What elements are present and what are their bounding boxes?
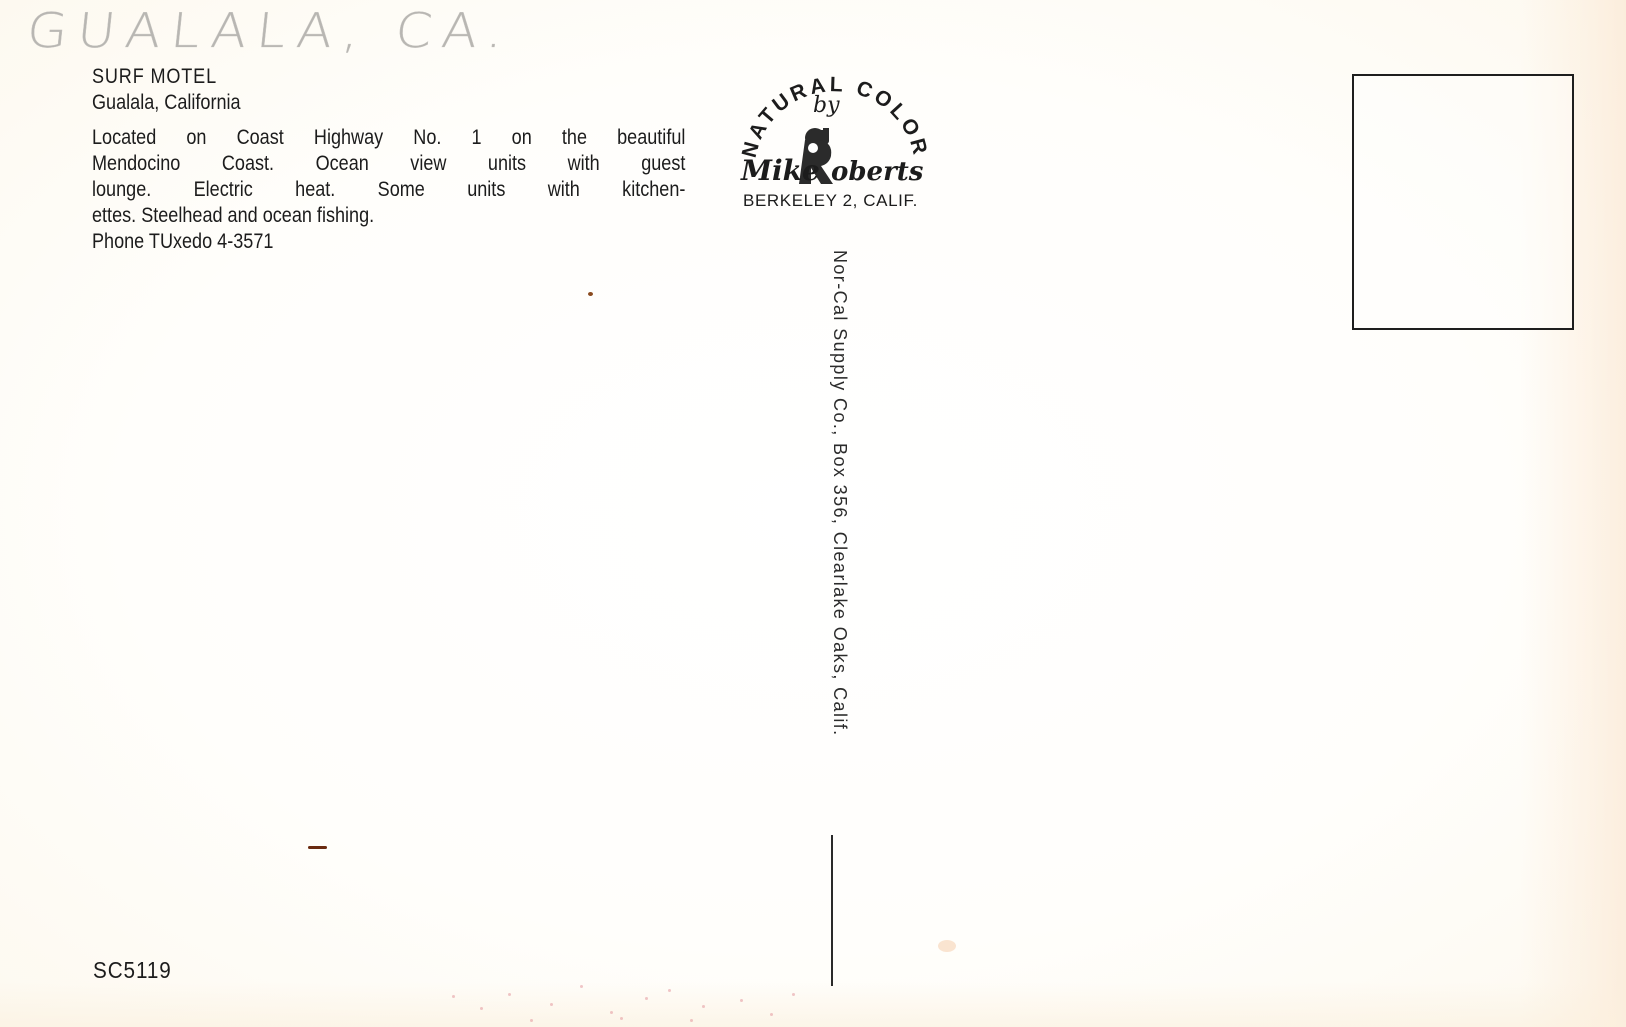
motel-description: Located on Coast Highway No. 1 on the be… — [92, 125, 686, 229]
postcard-back: GUALALA, CA. SURF MOTEL Gualala, Califor… — [0, 0, 1626, 1027]
description-line: Mendocino Coast. Ocean view units with g… — [92, 151, 685, 177]
svg-text:oberts: oberts — [831, 157, 924, 187]
handwritten-location-note: GUALALA, CA. — [24, 4, 516, 59]
description-line: Located on Coast Highway No. 1 on the be… — [92, 125, 685, 151]
foxing-speckles — [440, 975, 1000, 1027]
motel-phone: Phone TUxedo 4-3571 — [92, 229, 603, 255]
motel-location: Gualala, California — [92, 90, 603, 116]
catalog-code: SC5119 — [93, 957, 172, 984]
svg-text:Mike: Mike — [740, 154, 820, 187]
description-line: ettes. Steelhead and ocean fishing. — [92, 203, 685, 229]
motel-name: SURF MOTEL — [92, 64, 603, 90]
natural-color-mike-roberts-logo: NATURAL COLOR by Mike oberts BERKELEY 2,… — [735, 60, 935, 220]
description-line: lounge. Electric heat. Some units with k… — [92, 177, 685, 203]
address-divider-line — [831, 835, 833, 986]
ink-spot — [588, 292, 593, 296]
distributor-credit: Nor-Cal Supply Co., Box 356, Clearlake O… — [829, 250, 850, 737]
paper-stain — [938, 940, 956, 952]
motel-info: SURF MOTEL Gualala, California Located o… — [92, 64, 686, 255]
logo-location: BERKELEY 2, CALIF. — [743, 191, 918, 211]
svg-text:by: by — [813, 93, 840, 118]
logo-graphic-icon: NATURAL COLOR by Mike oberts — [735, 60, 935, 195]
ink-mark — [308, 846, 327, 849]
stamp-placement-box — [1352, 74, 1574, 330]
